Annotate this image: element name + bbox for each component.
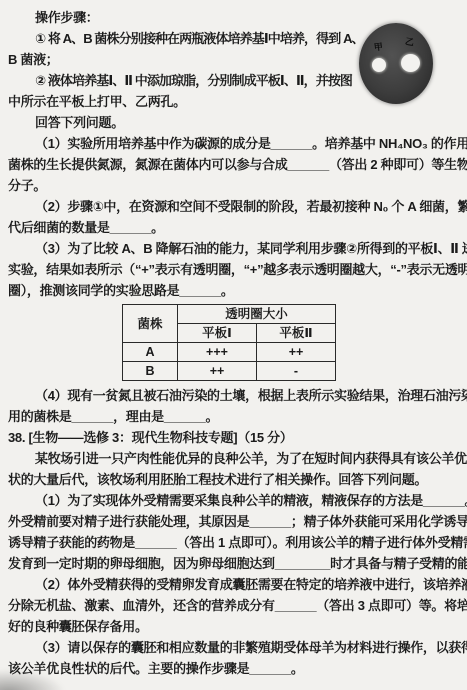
cell-plate1: +++: [178, 343, 257, 362]
cell-plate2: -: [257, 362, 336, 381]
text-line: 好的良种囊胚保存备用。: [8, 616, 458, 637]
text-line: 该公羊优良性状的后代。主要的操作步骤是______。: [8, 658, 458, 679]
results-table: 菌株 透明圈大小 平板Ⅰ 平板Ⅱ A +++ ++ B ++ -: [122, 304, 336, 381]
cell-plate1: ++: [178, 362, 257, 381]
text-line: （2）体外受精获得的受精卵发育成囊胚需要在特定的培养液中进行，该培养液的成: [8, 574, 458, 595]
well-yi-hole: [401, 54, 420, 72]
cell-strain: A: [123, 343, 178, 362]
well-jia-hole: [372, 58, 386, 72]
text-line: 代后细菌的数量是______。: [8, 217, 458, 238]
text-line: （1）为了实现体外受精需要采集良种公羊的精液，精液保存的方法是______。在体: [8, 490, 458, 511]
text-line: 状的大量后代，该牧场利用胚胎工程技术进行了相关操作。回答下列问题。: [8, 469, 458, 490]
text-line: （1）实验所用培养基中作为碳源的成分是______。培养基中 NH₄NO₃ 的作…: [8, 133, 458, 154]
text-line: 发育到一定时期的卵母细胞，因为卵母细胞达到________时才具备与精子受精的能…: [8, 553, 458, 574]
cell-plate2: ++: [257, 343, 336, 362]
table-corner-header: 菌株: [123, 305, 178, 343]
text-line: 分子。: [8, 175, 458, 196]
table-row: B ++ -: [123, 362, 336, 381]
text-line: 分除无机盐、激素、血清外，还含的营养成分有______（答出 3 点即可）等。将…: [8, 595, 458, 616]
question-38-heading: 38. [生物——选修 3：现代生物科技专题]（15 分）: [8, 427, 458, 448]
text-line: （3）请以保存的囊胚和相应数量的非繁殖期受体母羊为材料进行操作，以获得具有: [8, 637, 458, 658]
text-line: （2）步骤①中，在资源和空间不受限制的阶段，若最初接种 N₀ 个 A 细菌，繁殖…: [8, 196, 458, 217]
text-line: 诱导精子获能的药物是______（答出 1 点即可）。利用该公羊的精子进行体外受…: [8, 532, 458, 553]
text-line: 实验，结果如表所示（“+”表示有透明圈，“+”越多表示透明圈越大，“-”表示无透…: [8, 259, 458, 280]
cell-strain: B: [123, 362, 178, 381]
well-label-jia: 甲: [373, 42, 383, 52]
text-line: （4）现有一贫氮且被石油污染的土壤，根据上表所示实验结果，治理石油污染应选: [8, 385, 458, 406]
table-header-row: 菌株 透明圈大小: [123, 305, 336, 324]
table-row: A +++ ++: [123, 343, 336, 362]
text-line: 回答下列问题。: [8, 112, 458, 133]
text-line: 菌株的生长提供氮源，氮源在菌体内可以参与合成______（答出 2 种即可）等生…: [8, 154, 458, 175]
text-line: 圈），推测该同学的实验思路是______。: [8, 280, 458, 301]
text-line: 外受精前要对精子进行获能处理，其原因是______；精子体外获能可采用化学诱导法…: [8, 511, 458, 532]
table-col-header-plate2: 平板Ⅱ: [257, 324, 336, 343]
exam-page: 操作步骤： ① 将 A、B 菌株分别接种在两瓶液体培养基Ⅰ中培养，得到 A、 B…: [0, 0, 467, 690]
petri-dish-figure: 甲 乙: [359, 23, 433, 104]
text-line: 用的菌株是______，理由是______。: [8, 406, 458, 427]
text-line: （3）为了比较 A、B 降解石油的能力，某同学利用步骤②所得到的平板Ⅰ、Ⅱ 进行: [8, 238, 458, 259]
table-col-header-plate1: 平板Ⅰ: [178, 324, 257, 343]
table-span-header: 透明圈大小: [178, 305, 336, 324]
well-label-yi: 乙: [404, 37, 414, 47]
text-line: 某牧场引进一只产肉性能优异的良种公羊，为了在短时间内获得具有该公羊优良性: [8, 448, 458, 469]
